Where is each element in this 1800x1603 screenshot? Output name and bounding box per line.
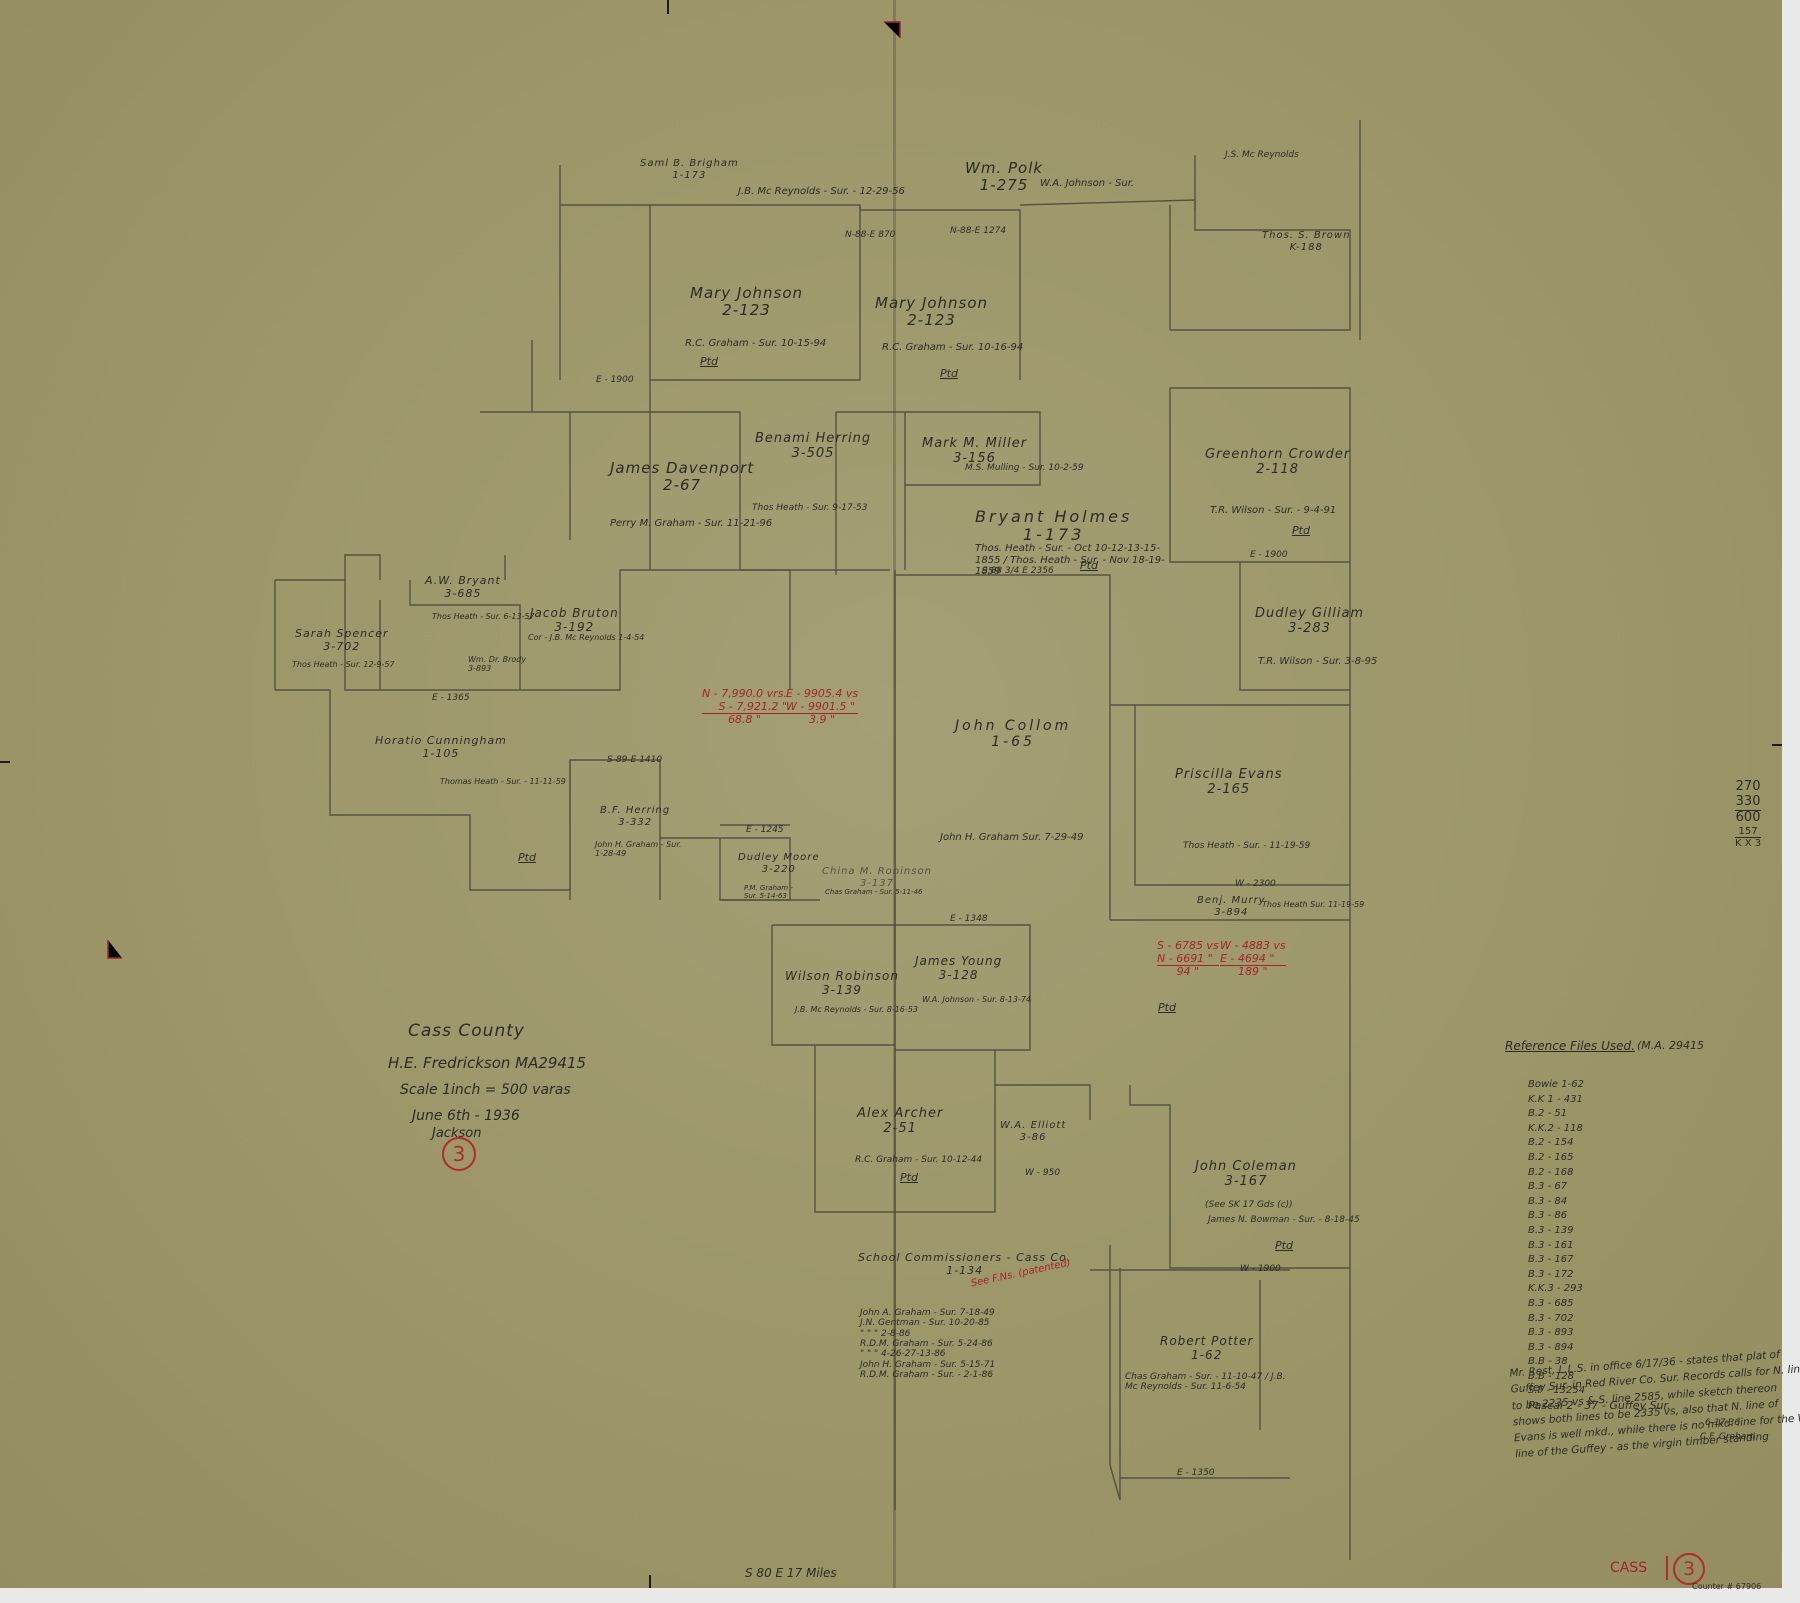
tract-alex-archer: Alex Archer2-51 — [857, 1107, 943, 1137]
survey-bf-herring: John H. Graham - Sur. 1-28-49 — [595, 840, 685, 858]
calc-west-east-mid: W - 4883 vs E - 4694 " 189 " — [1220, 940, 1286, 979]
bottom-distance-note: S 80 E 17 Miles — [745, 1567, 837, 1581]
line-label: S-89-E 1410 — [607, 755, 662, 765]
calc-east-west: E - 9905.4 vs W - 9901.5 " 3.9 " — [786, 688, 858, 727]
line-label: S.88 3/4 E 2356 — [982, 566, 1054, 576]
date-label: June 6th - 1936 — [412, 1108, 520, 1124]
tract-horatio-cunningham: Horatio Cunningham1-105 — [375, 735, 507, 760]
note-john-coleman: (See SK 17 Gds (c)) — [1205, 1200, 1293, 1210]
survey-polk: W.A. Johnson - Sur. — [1040, 178, 1134, 190]
tract-benj-murry: Benj. Murry3-894 — [1197, 895, 1266, 918]
tract-greenhorn-crowder: Greenhorn Crowder2-118 — [1205, 448, 1350, 478]
survey-john-coleman: James N. Bowman - Sur. - 8-18-45 — [1208, 1215, 1360, 1225]
patented-mark: Ptd — [700, 356, 718, 369]
tract-mary-johnson-west: Mary Johnson2-123 — [690, 285, 803, 320]
line-label: E - 1245 — [746, 825, 784, 835]
counter-number: Counter # 67906 — [1692, 1582, 1761, 1591]
survey-benami-herring: Thos Heath - Sur. 9-17-53 — [752, 503, 867, 513]
survey-wilson-robinson: J.B. Mc Reynolds - Sur. 8-16-53 — [795, 1005, 918, 1014]
tract-bf-herring: B.F. Herring3-332 — [600, 805, 670, 828]
reference-map-id: (M.A. 29415 — [1637, 1040, 1704, 1053]
tract-jacob-bruton: Jacob Bruton3-192 — [530, 607, 619, 635]
county-stamp: CASS — [1610, 1560, 1647, 1576]
tract-benami-herring: Benami Herring3-505 — [755, 432, 871, 462]
patented-mark: Ptd — [900, 1172, 918, 1185]
tract-mcreynolds: J.S. Mc Reynolds — [1225, 150, 1299, 160]
tract-james-young: James Young3-128 — [915, 955, 1002, 983]
surveyor-label: H.E. Fredrickson MA29415 — [388, 1055, 586, 1072]
tract-brown: Thos. S. BrownK-188 — [1262, 230, 1350, 253]
tract-wilson-robinson: Wilson Robinson3-139 — [785, 970, 899, 998]
line-label: E - 1365 — [432, 693, 470, 703]
note-signature: C.F. Graham — [1700, 1432, 1755, 1442]
survey-brigham: J.B. Mc Reynolds - Sur. - 12-29-56 — [738, 186, 905, 198]
line-label: E - 1900 — [1250, 550, 1288, 560]
tract-priscilla-evans: Priscilla Evans2-165 — [1175, 768, 1283, 798]
survey-robert-potter: Chas Graham - Sur. - 11-10-47 / J.B. Mc … — [1125, 1372, 1295, 1393]
stamp-number-circle: 3 — [1673, 1553, 1705, 1585]
reference-note: Mr. Rest, L.L.S. in office 6/17/36 - sta… — [1509, 1345, 1800, 1463]
stamp-arrow-icon — [1666, 1556, 1668, 1580]
tract-davenport: James Davenport2-67 — [610, 460, 754, 495]
line-label: E - 1350 — [1177, 1468, 1215, 1478]
survey-james-young: W.A. Johnson - Sur. 8-13-74 — [922, 995, 1031, 1004]
tract-dudley-gilliam: Dudley Gilliam3-283 — [1255, 607, 1364, 637]
margin-arithmetic: 270 330 600 157 K X 3 — [1735, 780, 1761, 850]
tract-dudley-moore: Dudley Moore3-220 — [738, 852, 820, 875]
survey-mark-miller: M.S. Mulling - Sur. 10-2-59 — [965, 463, 1084, 473]
tract-mary-johnson-east: Mary Johnson2-123 — [875, 295, 988, 330]
patented-mark: Ptd — [940, 368, 958, 381]
survey-sarah-spencer: Thos Heath - Sur. 12-9-57 — [292, 660, 395, 669]
calc-south-north-mid: S - 6785 vs N - 6691 " 94 " — [1157, 940, 1219, 979]
calc-north-south: N - 7,990.0 vrs. S - 7,921.2 " 68.8 " — [702, 688, 787, 727]
line-label: E - 1900 — [596, 375, 634, 385]
tract-john-coleman: John Coleman3-167 — [1195, 1160, 1297, 1190]
survey-aw-bryant: Thos Heath - Sur. 6-13-57 — [432, 612, 535, 621]
line-label: W - 950 — [1025, 1168, 1060, 1178]
tract-china-robinson: China M. Robinson3-137 — [822, 866, 932, 889]
tract-robert-potter: Robert Potter1-62 — [1160, 1335, 1253, 1363]
survey-jacob-bruton: Cor - J.B. Mc Reynolds 1-4-54 — [528, 633, 644, 642]
survey-greenhorn-crowder: T.R. Wilson - Sur. - 9-4-91 — [1210, 505, 1336, 517]
line-label: N-88-E 1274 — [950, 226, 1006, 236]
survey-benj-murry: Thos Heath Sur. 11-19-59 — [1262, 900, 1364, 909]
line-label: W - 1900 — [1240, 1264, 1281, 1274]
tract-bryant-holmes: Bryant Holmes1-173 — [975, 508, 1132, 545]
tract-brigham: Saml B. Brigham1-173 — [640, 158, 739, 181]
tract-brody: Wm. Dr. Brody3-893 — [468, 655, 526, 673]
survey-john-collom: John H. Graham Sur. 7-29-49 — [940, 832, 1083, 844]
patented-mark: Ptd — [518, 852, 536, 865]
patented-mark: Ptd — [1292, 525, 1310, 538]
sheet-number-circle: 3 — [442, 1137, 476, 1171]
tract-polk: Wm. Polk1-275 — [965, 160, 1043, 195]
map-sheet: Cass County H.E. Fredrickson MA29415 Sca… — [0, 0, 1782, 1588]
survey-horatio-cunningham: Thomas Heath - Sur. - 11-11-59 — [440, 777, 566, 786]
scale-label: Scale 1inch = 500 varas — [400, 1082, 571, 1098]
survey-china-robinson: Chas Graham - Sur. 5-11-46 — [825, 888, 922, 896]
patented-mark: Ptd — [1275, 1240, 1293, 1253]
school-survey-list: John A. Graham - Sur. 7-18-49 J.N. Gentm… — [860, 1308, 995, 1380]
survey-davenport: Perry M. Graham - Sur. 11-21-96 — [610, 518, 772, 530]
note-date: 6-17-36 — [1705, 1418, 1740, 1428]
line-label: E - 1348 — [950, 914, 988, 924]
survey-dudley-moore: P.M. Graham - Sur. 5-14-63 — [744, 884, 804, 900]
line-label: W - 2300 — [1235, 879, 1276, 889]
reference-title: Reference Files Used. — [1505, 1040, 1635, 1054]
survey-mary-johnson-east: R.C. Graham - Sur. 10-16-94 — [882, 342, 1023, 354]
patented-mark: Ptd — [1158, 1002, 1176, 1015]
tract-john-collom: John Collom1-65 — [955, 718, 1071, 750]
survey-dudley-gilliam: T.R. Wilson - Sur. 3-8-95 — [1258, 656, 1377, 668]
tract-aw-bryant: A.W. Bryant3-685 — [425, 575, 501, 600]
survey-mary-johnson-west: R.C. Graham - Sur. 10-15-94 — [685, 338, 826, 350]
survey-alex-archer: R.C. Graham - Sur. 10-12-44 — [855, 1155, 982, 1165]
line-label: N-88-E 870 — [845, 230, 895, 240]
survey-priscilla-evans: Thos Heath - Sur. - 11-19-59 — [1183, 841, 1310, 851]
patented-mark: Ptd — [1080, 560, 1098, 573]
tract-sarah-spencer: Sarah Spencer3-702 — [295, 628, 389, 653]
county-title: Cass County — [408, 1022, 525, 1042]
tract-wa-elliott: W.A. Elliott3-86 — [1000, 1120, 1066, 1143]
